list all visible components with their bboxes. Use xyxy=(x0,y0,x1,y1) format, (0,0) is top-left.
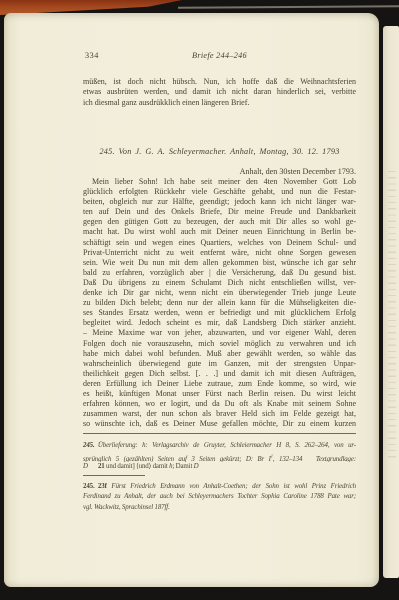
line-text: sein. Wie weit Du nun mit dem allen geko… xyxy=(83,258,356,267)
line-text: schäftigt sein und wegen eines Quartiers… xyxy=(83,238,356,247)
line-text: so wünschte ich, daß es Deiner Muse gefa… xyxy=(83,419,356,428)
line-text: es heißt, künftigen Monat unser Fürst na… xyxy=(83,389,356,398)
text-line: theilichkeit gegen Dich selbst. [. . .] … xyxy=(83,369,356,379)
line-text: Ferdinand zu Anhalt, der auch bei Schley… xyxy=(83,493,356,500)
text-line: gegen den gütigen Gott zu bezeugen, der … xyxy=(83,217,356,227)
line-text: wahrscheinlich überwiegend gute im Ganze… xyxy=(83,359,356,368)
line-text: ich diesmal ganz ausdrükklich einen läng… xyxy=(83,98,249,107)
text-line: erfahren können, wo er logirt, und da Du… xyxy=(83,399,356,409)
text-line: 15 ses Standes Ersatz werden, wenn er be… xyxy=(83,308,356,318)
line-text: macht hat. Du wirst wohl auch mit Deiner… xyxy=(83,227,356,236)
scan-artifact-line xyxy=(178,5,399,9)
text-line: schäftigt sein und wegen eines Quartiers… xyxy=(83,238,356,248)
text-line: 20 wahrscheinlich überwiegend gute im Ga… xyxy=(83,359,356,369)
book-page: 334 Briefe 244–246 müßen, ist doch nicht… xyxy=(4,13,379,587)
commentary-line: Ferdinand zu Anhalt, der auch bei Schley… xyxy=(83,492,356,502)
commentary-line: 245. 23f Fürst Friedrich Erdmann von Anh… xyxy=(83,482,356,492)
text-line: macht hat. Du wirst wohl auch mit Deiner… xyxy=(83,227,356,237)
line-text: denke ich Dir gar nicht, wenn nicht ein … xyxy=(83,288,356,297)
commentary-divider-rule xyxy=(83,475,145,476)
apparatus-line: sprünglich 5 (gezählten) Seiten auf 3 Se… xyxy=(83,451,356,461)
page-content: 334 Briefe 244–246 müßen, ist doch nicht… xyxy=(4,13,379,587)
line-text: – Meine Maxime war von jeher, abzuwarten… xyxy=(83,328,356,337)
text-line: müßen, ist doch nicht hübsch. Nun, ich h… xyxy=(83,77,356,87)
text-line: denke ich Dir gar nicht, wenn nicht ein … xyxy=(83,288,356,298)
line-text: ten auf Dein und des Onkels Briefe, Dir … xyxy=(83,207,356,216)
adjacent-page-edge xyxy=(383,26,399,578)
text-line: Mein lieber Sohn! Ich habe seit meiner d… xyxy=(83,177,356,187)
letter-245-heading: 245. Von J. G. A. Schleyermacher. Anhalt… xyxy=(83,146,356,157)
text-line: 5 ten auf Dein und des Onkels Briefe, Di… xyxy=(83,207,356,217)
line-text: glücklich erfolgten Rückkehr viele Gesch… xyxy=(83,187,356,196)
text-line: Privat-Unterricht nicht zu weit entfernt… xyxy=(83,248,356,258)
letter-245-dateline: Anhalt, den 30sten December 1793. xyxy=(83,166,356,177)
text-line: 10 sein. Wie weit Du nun mit dem allen g… xyxy=(83,258,356,268)
text-line: Folgen doch nie vorauszusehn, mich sovie… xyxy=(83,339,356,349)
apparatus-divider-rule xyxy=(83,433,356,434)
text-line: deren Erfüllung ich Deiner Liebe zutraue… xyxy=(83,379,356,389)
line-text: deren Erfüllung ich Deiner Liebe zutraue… xyxy=(83,379,356,388)
apparatus-line: 245. Überlieferung: h: Verlagsarchiv de … xyxy=(83,441,356,451)
apparatus-notes: 245. Überlieferung: h: Verlagsarchiv de … xyxy=(83,441,356,472)
text-line: beiten, obgleich nur zur Hälfte, geendig… xyxy=(83,197,356,207)
text-line: begleitet wird. Jedoch scheint es mir, d… xyxy=(83,318,356,328)
line-text: Folgen doch nie vorauszusehn, mich sovie… xyxy=(83,339,356,348)
commentary-line: vgl. Wackwitz, Sprachinsel 187ff. xyxy=(83,503,356,513)
line-text: Privat-Unterricht nicht zu weit entfernt… xyxy=(83,248,356,257)
text-line: 25 zusammen warst, der nun schon als bra… xyxy=(83,409,356,419)
line-text: müßen, ist doch nicht hübsch. Nun, ich h… xyxy=(83,77,356,86)
line-text: zu bilden Dich belebt; denn nur der alle… xyxy=(83,298,356,307)
line-text: zusammen warst, der nun schon als braver… xyxy=(83,409,356,418)
line-text: gegen den gütigen Gott zu bezeugen, der … xyxy=(83,217,356,226)
line-text: 245. 23f Fürst Friedrich Erdmann von Anh… xyxy=(83,483,356,490)
text-line: es heißt, künftigen Monat unser Fürst na… xyxy=(83,389,356,399)
text-line: zu bilden Dich belebt; denn nur der alle… xyxy=(83,298,356,308)
commentary-notes: 245. 23f Fürst Friedrich Erdmann von Anh… xyxy=(83,482,356,513)
text-line: – Meine Maxime war von jeher, abzuwarten… xyxy=(83,328,356,338)
line-text: begleitet wird. Jedoch scheint es mir, d… xyxy=(83,318,356,327)
letter-245-body-text: Mein lieber Sohn! Ich habe seit meiner d… xyxy=(83,177,356,429)
text-line: habe mich dabei wohl befunden. Muß aber … xyxy=(83,349,356,359)
running-title: Briefe 244–246 xyxy=(83,50,356,61)
line-text: vgl. Wackwitz, Sprachinsel 187ff. xyxy=(83,504,170,511)
text-line: bald zu erfahren, vorzüglich aber | die … xyxy=(83,268,356,278)
line-text: habe mich dabei wohl befunden. Muß aber … xyxy=(83,349,356,358)
letter-244-closing-text: müßen, ist doch nicht hübsch. Nun, ich h… xyxy=(83,77,356,108)
line-text: D 21 und damit] ⟨und⟩ damit h; Damit D xyxy=(83,463,199,470)
line-text: ses Standes Ersatz werden, wenn er befri… xyxy=(83,308,356,317)
line-text: beiten, obgleich nur zur Hälfte, geendig… xyxy=(83,197,356,206)
line-text: bald zu erfahren, vorzüglich aber | die … xyxy=(83,268,356,277)
line-text: erfahren können, wo er logirt, und da Du… xyxy=(83,399,356,408)
line-text: Daß Du übrigens zu einem Schulamt Dich n… xyxy=(83,278,356,287)
text-line: Daß Du übrigens zu einem Schulamt Dich n… xyxy=(83,278,356,288)
scanned-book-photo: 334 Briefe 244–246 müßen, ist doch nicht… xyxy=(0,0,399,600)
text-line: glücklich erfolgten Rückkehr viele Gesch… xyxy=(83,187,356,197)
apparatus-line: D 21 und damit] ⟨und⟩ damit h; Damit D xyxy=(83,462,356,472)
page-header: 334 Briefe 244–246 xyxy=(83,50,356,61)
line-text: theilichkeit gegen Dich selbst. [. . .] … xyxy=(83,369,356,378)
text-line: so wünschte ich, daß es Deiner Muse gefa… xyxy=(83,419,356,429)
line-text: Mein lieber Sohn! Ich habe seit meiner d… xyxy=(92,177,356,186)
text-line: 15 etwas ausbrüten werden, und damit ich… xyxy=(83,87,356,97)
text-line: ich diesmal ganz ausdrükklich einen läng… xyxy=(83,98,356,108)
line-text: etwas ausbrüten werden, und damit ich ni… xyxy=(83,87,356,96)
line-text: 245. Überlieferung: h: Verlagsarchiv de … xyxy=(83,442,356,449)
